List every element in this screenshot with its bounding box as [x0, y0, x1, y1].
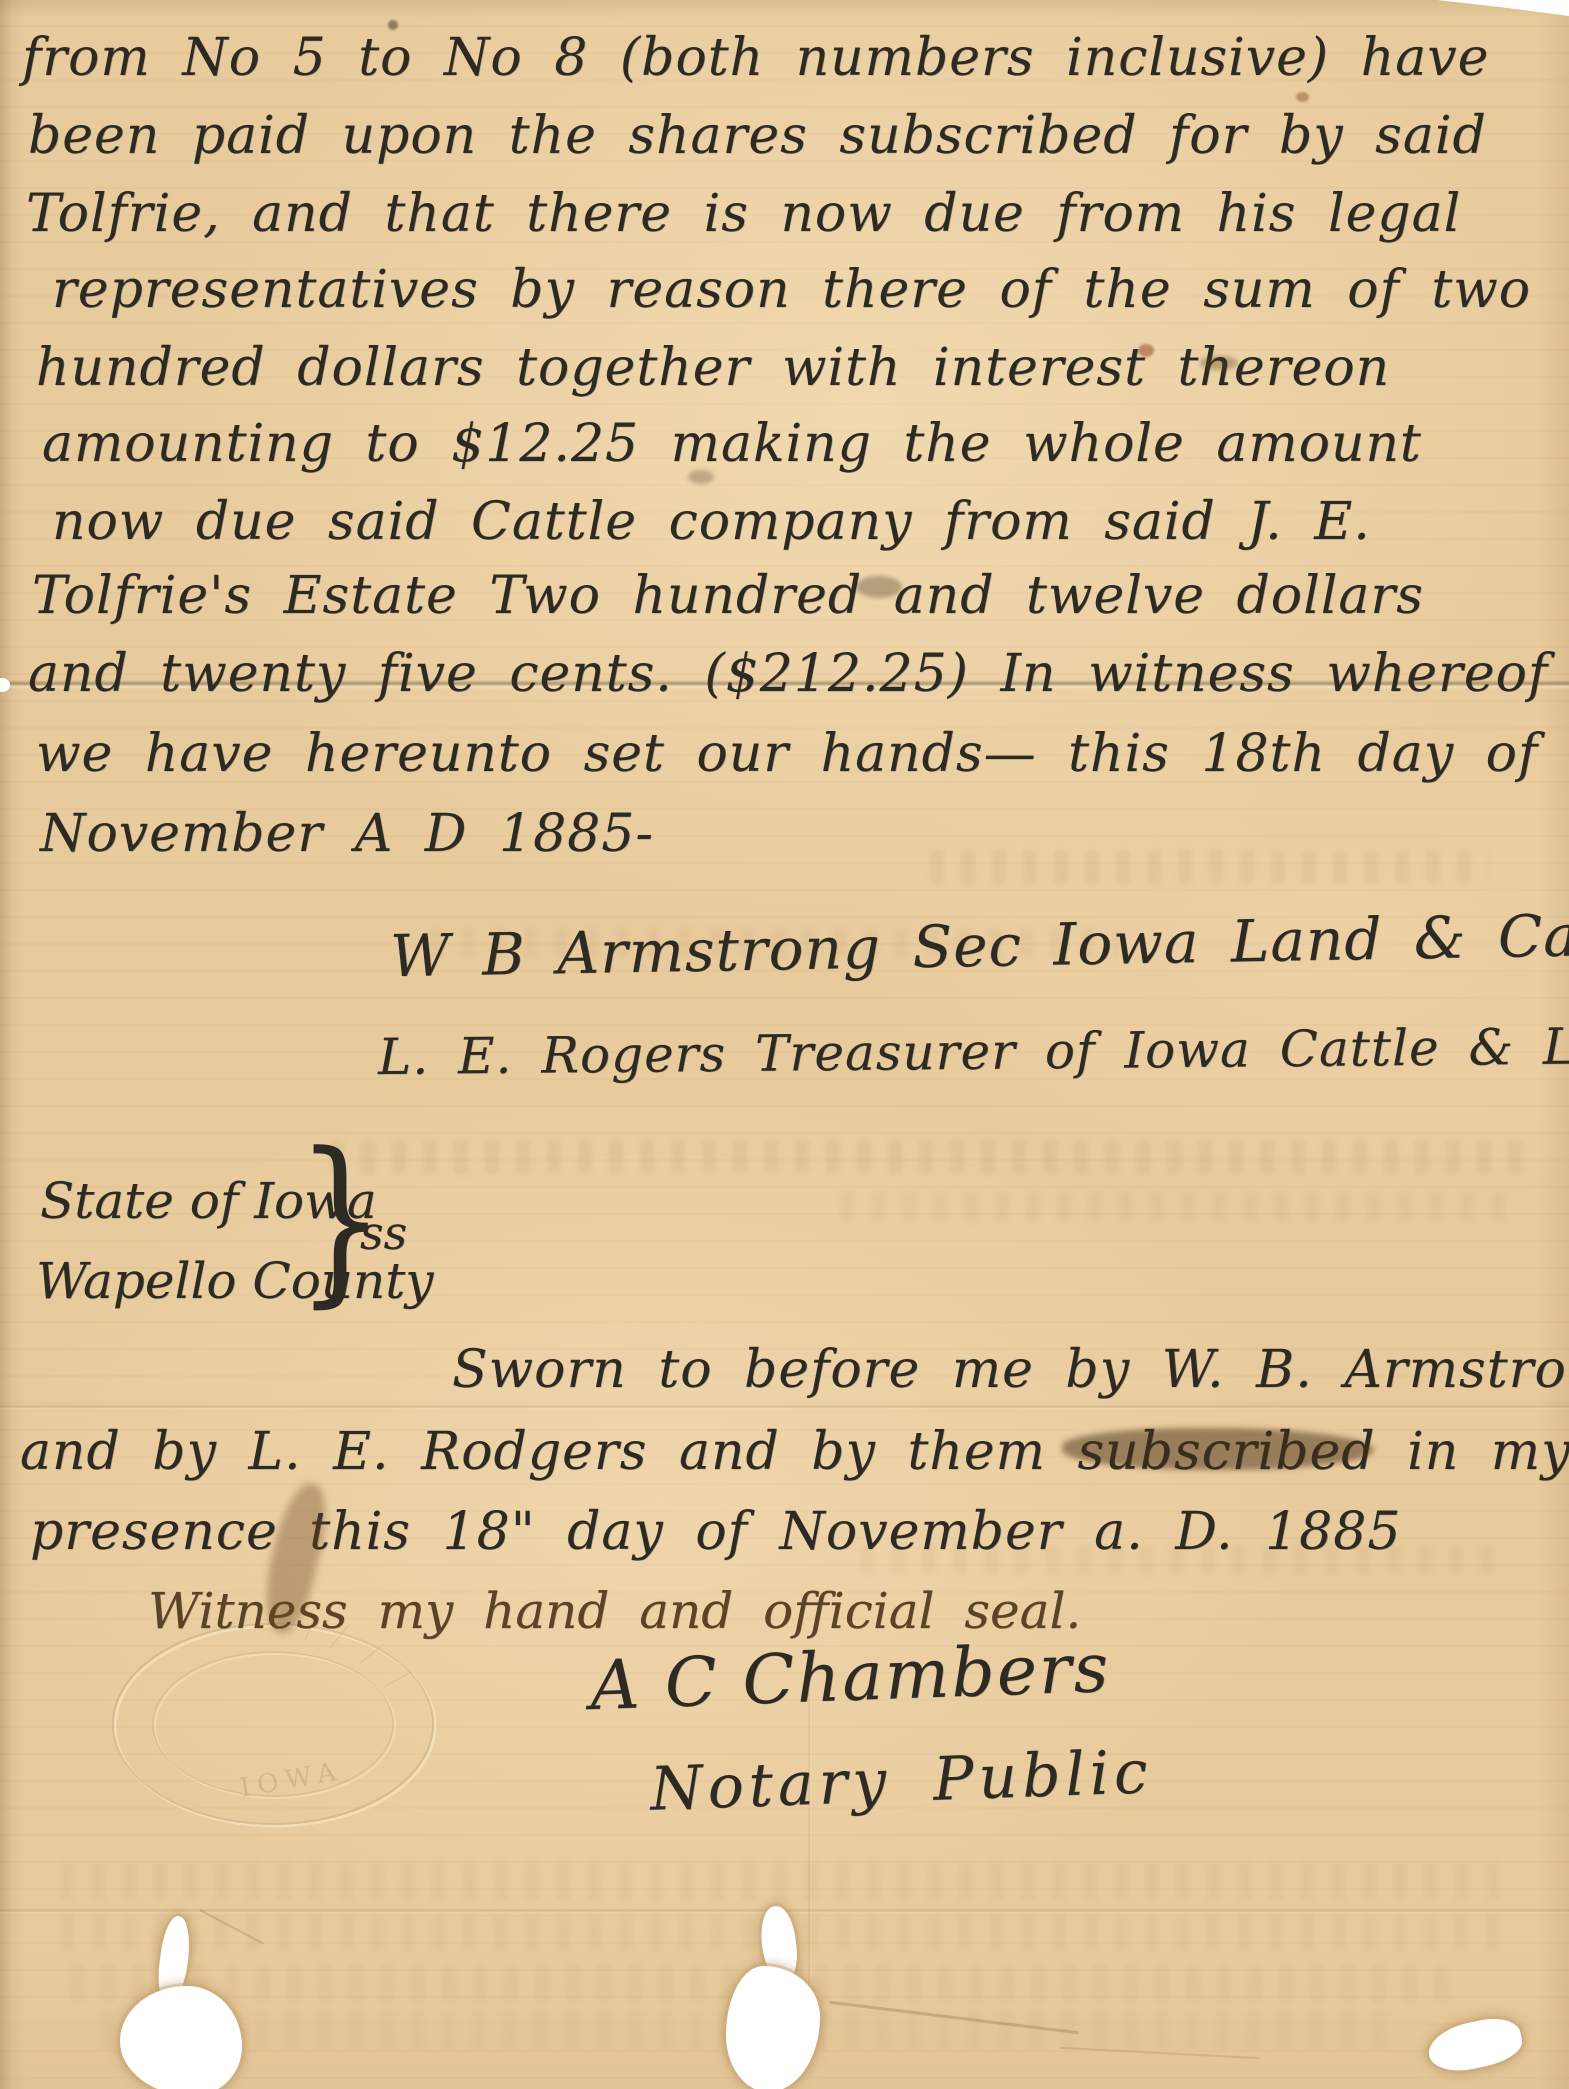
torn-hole	[120, 1986, 242, 2089]
ink-stain	[688, 470, 714, 484]
ink-stain	[388, 20, 398, 30]
scanned-document-page: IOWA from No 5 to No 8 (both numbers inc…	[0, 0, 1569, 2089]
bleedthrough-smudge	[930, 850, 1490, 884]
handwritten-line-11: November A D 1885-	[40, 804, 654, 864]
jurat-line-1: Sworn to before me by W. B. Armstrong	[452, 1340, 1569, 1400]
handwritten-line-1: from No 5 to No 8 (both numbers inclusiv…	[22, 28, 1489, 88]
ink-stain	[1138, 344, 1154, 357]
ink-stain	[856, 576, 902, 598]
notary-title: Notary Public	[649, 1737, 1154, 1824]
ink-stain	[1296, 92, 1309, 102]
handwritten-line-5: hundred dollars together with interest t…	[36, 338, 1390, 398]
fold-crease-vertical	[808, 1690, 812, 1990]
venue-ss-label: ss	[360, 1206, 407, 1260]
bleedthrough-smudge	[330, 1140, 1530, 1174]
embossed-notary-seal: IOWA	[80, 1608, 460, 1858]
handwritten-line-10: we have hereunto set our hands— this 18t…	[36, 724, 1538, 784]
handwritten-line-2: been paid upon the shares subscribed for…	[28, 106, 1487, 166]
signature-notary: A C Chambers	[589, 1629, 1112, 1726]
scan-edge-sliver	[1419, 0, 1569, 16]
scan-edge-notch	[0, 678, 10, 692]
fold-crease	[0, 1404, 1569, 1410]
signature-armstrong: W B Armstrong Sec Iowa Land & Cattle Co	[390, 898, 1569, 991]
handwritten-line-4: representatives by reason there of the s…	[52, 260, 1531, 320]
jurat-line-3: presence this 18" day of November a. D. …	[30, 1502, 1401, 1562]
signature-rogers: L. E. Rogers Treasurer of Iowa Cattle & …	[378, 1016, 1569, 1086]
handwritten-line-6: amounting to $12.25 making the whole amo…	[42, 414, 1422, 474]
bleedthrough-smudge	[840, 1192, 1520, 1222]
handwritten-line-8: Tolfrie's Estate Two hundred and twelve …	[32, 566, 1424, 626]
torn-hole	[1424, 2013, 1526, 2078]
handwritten-line-7: now due said Cattle company from said J.…	[52, 492, 1371, 552]
bleedthrough-smudge	[60, 1862, 1500, 1900]
handwritten-line-3: Tolfrie, and that there is now due from …	[26, 184, 1461, 244]
ink-stain	[1200, 356, 1238, 370]
torn-hole	[726, 1966, 820, 2089]
ink-blot-over-subscribed	[1062, 1428, 1374, 1470]
handwritten-line-9: and twenty five cents. ($212.25) In witn…	[28, 644, 1548, 704]
